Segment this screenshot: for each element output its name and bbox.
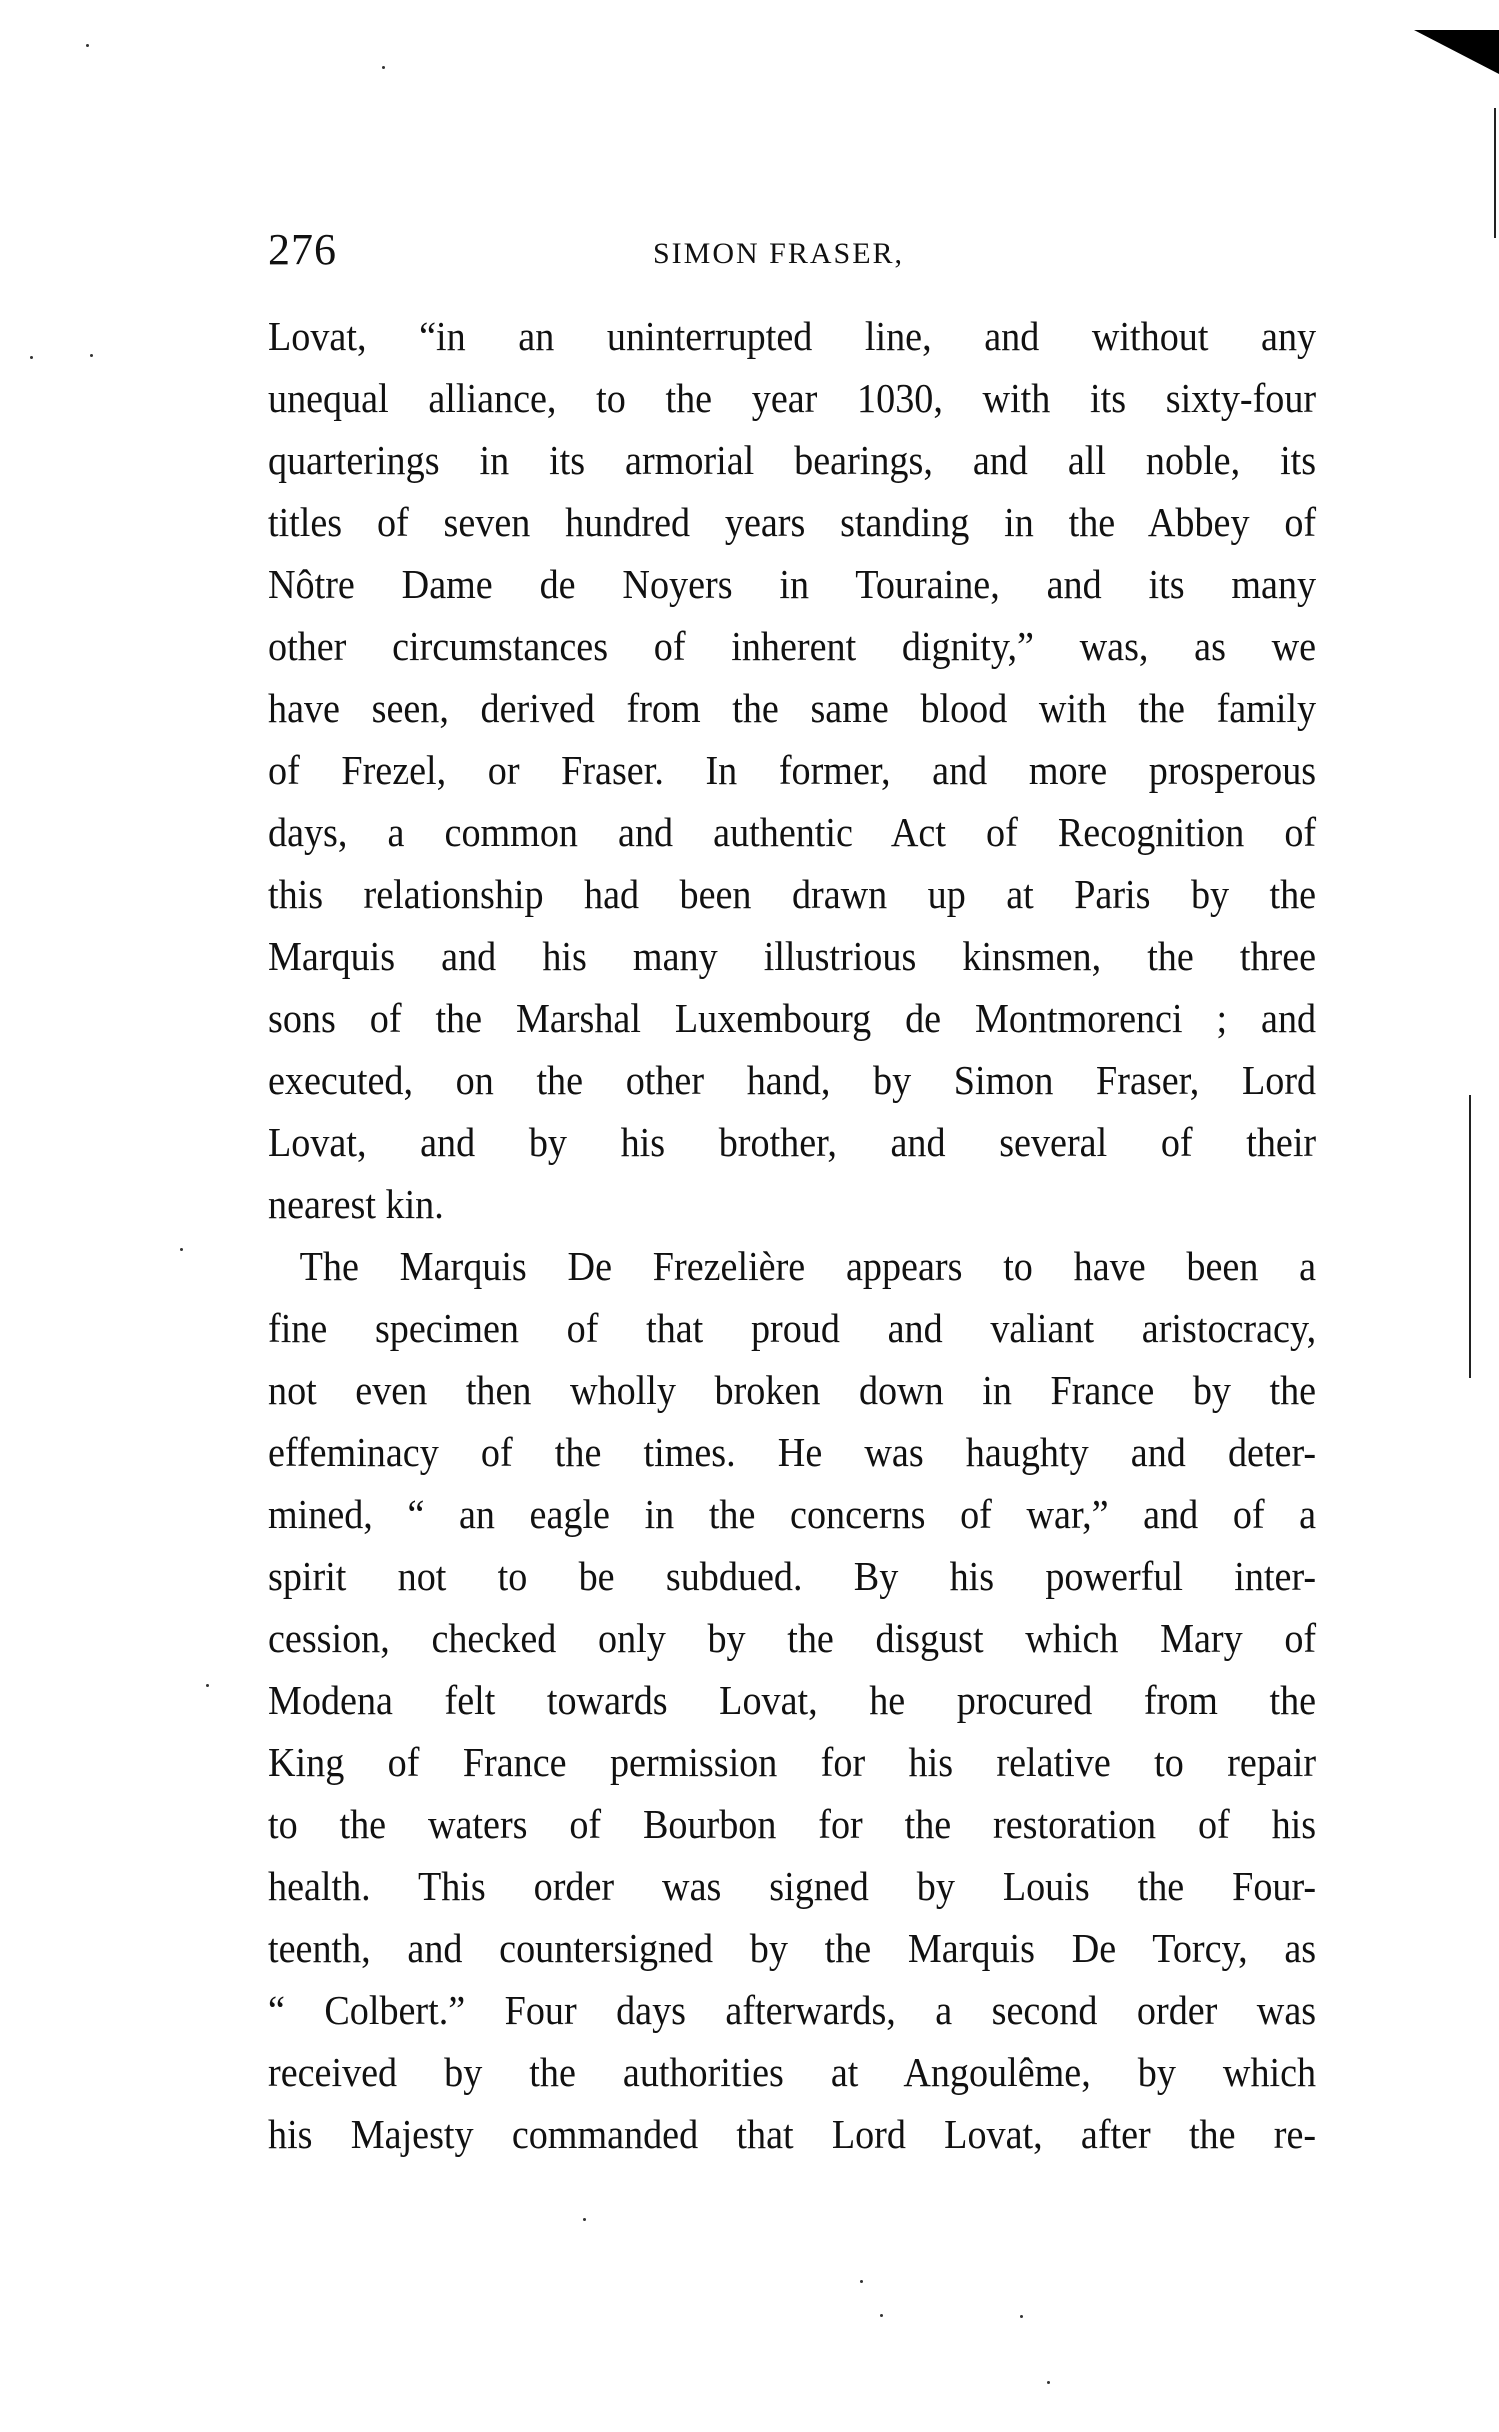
text-line: received by the authorities at Angoulême… <box>268 2042 1316 2102</box>
text-line: “ Colbert.” Four days afterwards, a seco… <box>268 1980 1316 2040</box>
text-line: this relationship had been drawn up at P… <box>268 864 1316 924</box>
text-line: have seen, derived from the same blood w… <box>268 678 1316 738</box>
text-line: mined, “ an eagle in the concerns of war… <box>268 1484 1316 1544</box>
scan-corner-artifact <box>1414 30 1499 74</box>
text-line: Lovat, and by his brother, and several o… <box>268 1112 1316 1172</box>
text-line: Lovat, “in an uninterrupted line, and wi… <box>268 306 1316 366</box>
running-head: 276 SIMON FRASER, <box>268 222 1316 282</box>
scan-edge-line <box>1494 108 1496 238</box>
scan-speck <box>1047 2381 1050 2384</box>
text-line: executed, on the other hand, by Simon Fr… <box>268 1050 1316 1110</box>
scan-speck <box>30 356 33 359</box>
scan-speck <box>180 1248 183 1251</box>
text-line: Nôtre Dame de Noyers in Touraine, and it… <box>268 554 1316 614</box>
text-line: other circumstances of inherent dignity,… <box>268 616 1316 676</box>
text-line: of Frezel, or Fraser. In former, and mor… <box>268 740 1316 800</box>
scan-edge-line <box>1469 1095 1471 1378</box>
text-line: not even then wholly broken down in Fran… <box>268 1360 1316 1420</box>
book-page: 276 SIMON FRASER, Lovat, “in an uninterr… <box>0 0 1499 2432</box>
scan-speck <box>206 1684 209 1687</box>
text-line: titles of seven hundred years standing i… <box>268 492 1316 552</box>
text-line: to the waters of Bourbon for the restora… <box>268 1794 1316 1854</box>
text-line: nearest kin. <box>268 1174 1316 1234</box>
scan-speck <box>1020 2315 1023 2318</box>
text-line: teenth, and countersigned by the Marquis… <box>268 1918 1316 1978</box>
text-line: effeminacy of the times. He was haughty … <box>268 1422 1316 1482</box>
text-line: Modena felt towards Lovat, he procured f… <box>268 1670 1316 1730</box>
text-line: quarterings in its armorial bearings, an… <box>268 430 1316 490</box>
text-line: health. This order was signed by Louis t… <box>268 1856 1316 1916</box>
text-line: cession, checked only by the disgust whi… <box>268 1608 1316 1668</box>
text-line: sons of the Marshal Luxembourg de Montmo… <box>268 988 1316 1048</box>
text-line: fine specimen of that proud and valiant … <box>268 1298 1316 1358</box>
scan-speck <box>90 354 93 357</box>
text-line: King of France permission for his relati… <box>268 1732 1316 1792</box>
text-line: days, a common and authentic Act of Reco… <box>268 802 1316 862</box>
text-line: Marquis and his many illustrious kinsmen… <box>268 926 1316 986</box>
text-line: spirit not to be subdued. By his powerfu… <box>268 1546 1316 1606</box>
text-line: his Majesty commanded that Lord Lovat, a… <box>268 2104 1316 2164</box>
page-number: 276 <box>268 222 337 278</box>
text-line: unequal alliance, to the year 1030, with… <box>268 368 1316 428</box>
running-title: SIMON FRASER, <box>653 232 904 276</box>
scan-speck <box>583 2218 586 2221</box>
scan-speck <box>86 44 89 47</box>
scan-speck <box>880 2314 883 2317</box>
scan-speck <box>860 2280 863 2283</box>
text-line: The Marquis De Frezelière appears to hav… <box>268 1236 1316 1296</box>
scan-speck <box>382 66 385 69</box>
